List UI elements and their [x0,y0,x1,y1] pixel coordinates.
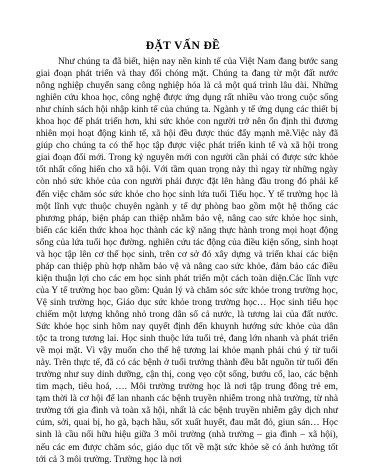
document-page: ĐẶT VẤN ĐỀ Như chúng ta đã biết, hiện na… [0,0,366,473]
page-title: ĐẶT VẤN ĐỀ [0,0,366,53]
body-paragraph: Như chúng ta đã biết, hiện nay nền kinh … [36,56,338,466]
